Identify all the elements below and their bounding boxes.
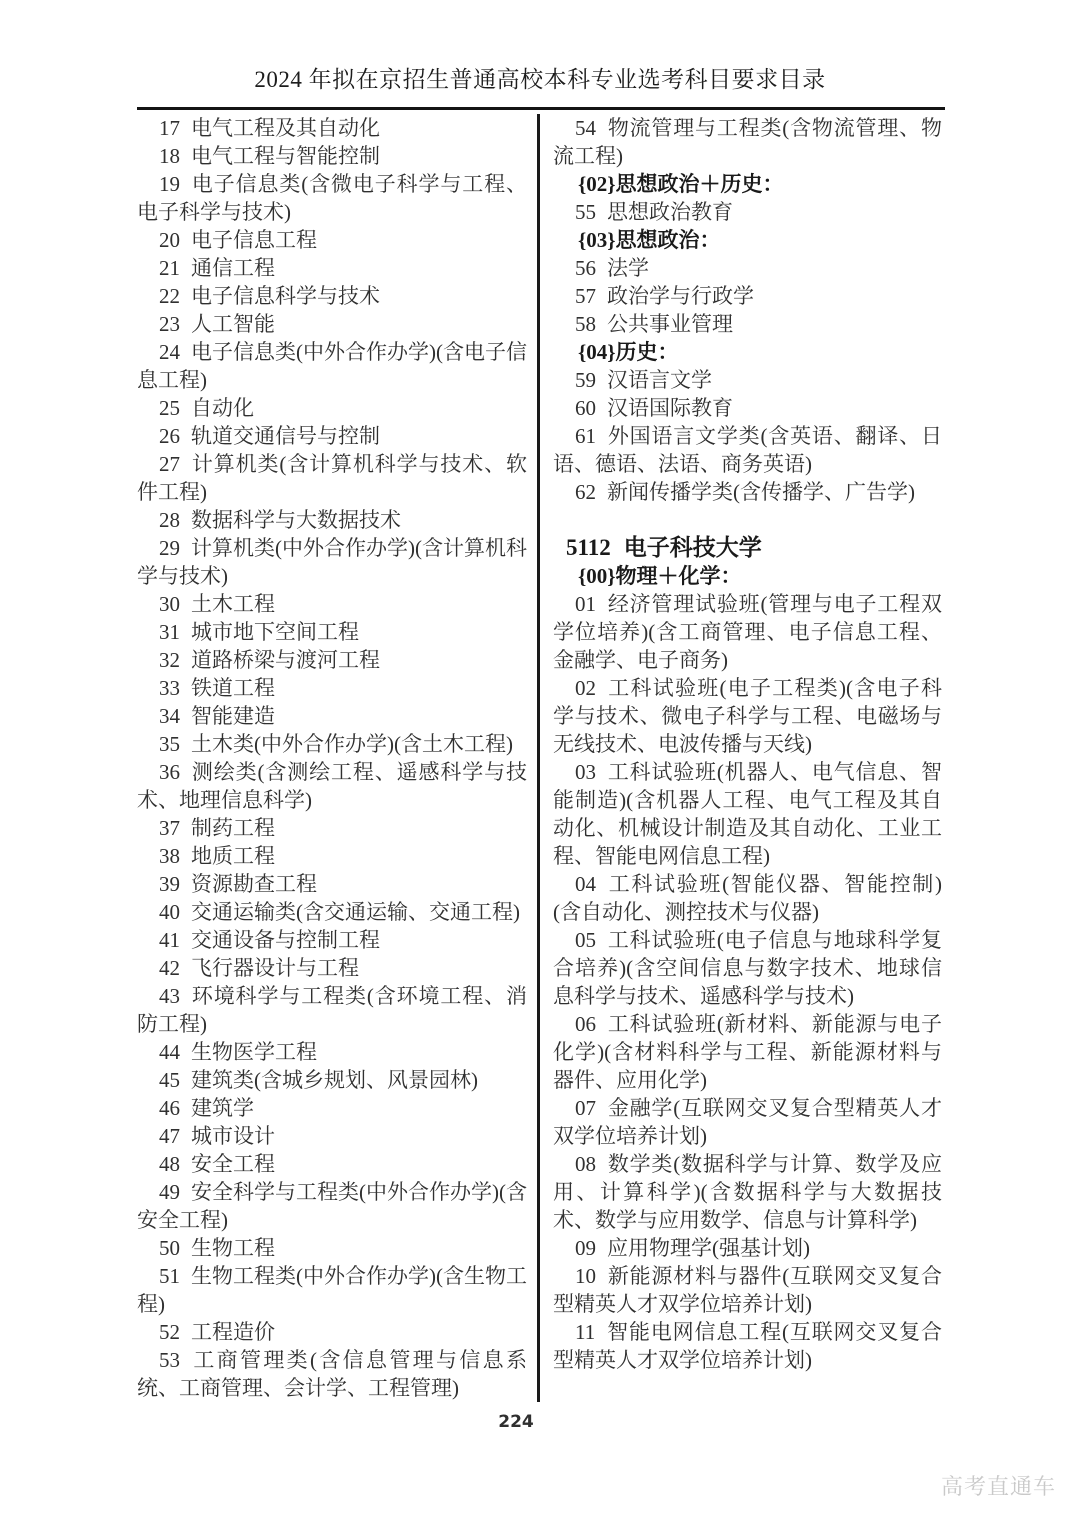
major-entry: 08数学类(数据科学与计算、数学及应用、计算科学)(含数据科学与大数据技术、数学… <box>553 1150 942 1234</box>
major-name: 自动化 <box>191 396 254 420</box>
major-number: 41 <box>159 928 191 952</box>
major-number: 38 <box>159 844 191 868</box>
subject-group-heading: {00}物理＋化学： <box>553 562 942 590</box>
major-name: 生物工程 <box>191 1236 275 1260</box>
school-name: 电子科技大学 <box>624 535 762 560</box>
header-rule <box>137 107 945 110</box>
major-number: 34 <box>159 704 191 728</box>
major-number: 52 <box>159 1320 191 1344</box>
major-entry: 46建筑学 <box>137 1094 527 1122</box>
major-entry: 30土木工程 <box>137 590 527 618</box>
major-entry: 47城市设计 <box>137 1122 527 1150</box>
major-entry: 57政治学与行政学 <box>553 282 942 310</box>
major-name: 智能建造 <box>191 704 275 728</box>
major-name: 公共事业管理 <box>607 312 733 336</box>
major-entry: 37制药工程 <box>137 814 527 842</box>
major-number: 54 <box>575 116 607 140</box>
major-name: 生物医学工程 <box>191 1040 317 1064</box>
major-number: 27 <box>159 452 191 476</box>
major-name: 制药工程 <box>191 816 275 840</box>
page-title: 2024 年拟在京招生普通高校本科专业选考科目要求目录 <box>0 64 1080 96</box>
major-name: 环境科学与工程类(含环境工程、消防工程) <box>137 984 527 1036</box>
major-name: 智能电网信息工程(互联网交叉复合型精英人才双学位培养计划) <box>553 1320 942 1372</box>
major-number: 53 <box>159 1348 191 1372</box>
major-entry: 42飞行器设计与工程 <box>137 954 527 982</box>
major-entry: 23人工智能 <box>137 310 527 338</box>
subject-group-heading: {02}思想政治＋历史： <box>553 170 942 198</box>
major-entry: 21通信工程 <box>137 254 527 282</box>
major-number: 46 <box>159 1096 191 1120</box>
major-name: 新能源材料与器件(互联网交叉复合型精英人才双学位培养计划) <box>553 1264 942 1316</box>
major-entry: 10新能源材料与器件(互联网交叉复合型精英人才双学位培养计划) <box>553 1262 942 1318</box>
major-name: 电子信息类(含微电子科学与工程、电子科学与技术) <box>137 172 527 224</box>
major-number: 11 <box>575 1320 606 1344</box>
page-number: 224 <box>486 1412 546 1432</box>
major-number: 24 <box>159 340 191 364</box>
major-name: 思想政治教育 <box>607 200 733 224</box>
major-number: 08 <box>575 1152 607 1176</box>
major-name: 工科试验班(电子信息与地球科学复合培养)(含空间信息与数字技术、地球信息科学与技… <box>553 928 942 1008</box>
major-entry: 52工程造价 <box>137 1318 527 1346</box>
major-entry: 45建筑类(含城乡规划、风景园林) <box>137 1066 527 1094</box>
major-entry: 62新闻传播学类(含传播学、广告学) <box>553 478 942 506</box>
major-entry: 35土木类(中外合作办学)(含土木工程) <box>137 730 527 758</box>
major-entry: 01经济管理试验班(管理与电子工程双学位培养)(含工商管理、电子信息工程、金融学… <box>553 590 942 674</box>
major-number: 17 <box>159 116 191 140</box>
major-entry: 40交通运输类(含交通运输、交通工程) <box>137 898 527 926</box>
catalog-columns: 17电气工程及其自动化18电气工程与智能控制19电子信息类(含微电子科学与工程、… <box>137 114 945 1402</box>
major-number: 33 <box>159 676 191 700</box>
major-entry: 11智能电网信息工程(互联网交叉复合型精英人才双学位培养计划) <box>553 1318 942 1374</box>
major-name: 应用物理学(强基计划) <box>607 1236 810 1260</box>
major-number: 51 <box>159 1264 191 1288</box>
major-name: 交通设备与控制工程 <box>191 928 380 952</box>
major-number: 42 <box>159 956 191 980</box>
major-name: 数学类(数据科学与计算、数学及应用、计算科学)(含数据科学与大数据技术、数学与应… <box>553 1152 942 1232</box>
major-number: 31 <box>159 620 191 644</box>
major-entry: 38地质工程 <box>137 842 527 870</box>
major-number: 28 <box>159 508 191 532</box>
major-number: 50 <box>159 1236 191 1260</box>
major-name: 通信工程 <box>191 256 275 280</box>
subject-group-heading: {03}思想政治： <box>553 226 942 254</box>
left-column: 17电气工程及其自动化18电气工程与智能控制19电子信息类(含微电子科学与工程、… <box>137 114 527 1402</box>
major-name: 资源勘查工程 <box>191 872 317 896</box>
school-heading: 5112电子科技大学 <box>553 534 942 562</box>
major-number: 49 <box>159 1180 191 1204</box>
major-number: 21 <box>159 256 191 280</box>
major-number: 39 <box>159 872 191 896</box>
major-entry: 58公共事业管理 <box>553 310 942 338</box>
major-entry: 41交通设备与控制工程 <box>137 926 527 954</box>
major-entry: 53工商管理类(含信息管理与信息系统、工商管理、会计学、工程管理) <box>137 1346 527 1402</box>
major-name: 建筑学 <box>191 1096 254 1120</box>
major-entry: 43环境科学与工程类(含环境工程、消防工程) <box>137 982 527 1038</box>
major-number: 44 <box>159 1040 191 1064</box>
major-name: 生物工程类(中外合作办学)(含生物工程) <box>137 1264 527 1316</box>
major-name: 交通运输类(含交通运输、交通工程) <box>191 900 520 924</box>
major-number: 04 <box>575 872 607 896</box>
major-number: 20 <box>159 228 191 252</box>
major-name: 工科试验班(智能仪器、智能控制)(含自动化、测控技术与仪器) <box>553 872 942 924</box>
major-name: 电子信息工程 <box>191 228 317 252</box>
major-number: 45 <box>159 1068 191 1092</box>
major-number: 09 <box>575 1236 607 1260</box>
major-entry: 49安全科学与工程类(中外合作办学)(含安全工程) <box>137 1178 527 1234</box>
major-name: 计算机类(含计算机科学与技术、软件工程) <box>137 452 527 504</box>
major-name: 汉语国际教育 <box>607 396 733 420</box>
major-name: 电子信息科学与技术 <box>191 284 380 308</box>
major-name: 电气工程及其自动化 <box>191 116 380 140</box>
major-number: 30 <box>159 592 191 616</box>
major-entry: 17电气工程及其自动化 <box>137 114 527 142</box>
major-name: 工科试验班(新材料、新能源与电子化学)(含材料科学与工程、新能源材料与器件、应用… <box>553 1012 942 1092</box>
major-number: 40 <box>159 900 191 924</box>
major-name: 人工智能 <box>191 312 275 336</box>
major-entry: 03工科试验班(机器人、电气信息、智能制造)(含机器人工程、电气工程及其自动化、… <box>553 758 942 870</box>
major-number: 29 <box>159 536 191 560</box>
major-entry: 25自动化 <box>137 394 527 422</box>
major-name: 政治学与行政学 <box>607 284 754 308</box>
major-number: 25 <box>159 396 191 420</box>
major-entry: 26轨道交通信号与控制 <box>137 422 527 450</box>
major-number: 47 <box>159 1124 191 1148</box>
section-spacer <box>553 506 942 534</box>
major-entry: 56法学 <box>553 254 942 282</box>
major-name: 轨道交通信号与控制 <box>191 424 380 448</box>
major-number: 56 <box>575 256 607 280</box>
major-number: 10 <box>575 1264 607 1288</box>
major-name: 飞行器设计与工程 <box>191 956 359 980</box>
major-number: 18 <box>159 144 191 168</box>
major-number: 62 <box>575 480 607 504</box>
major-name: 工科试验班(电子工程类)(含电子科学与技术、微电子科学与工程、电磁场与无线技术、… <box>553 676 942 756</box>
major-entry: 39资源勘查工程 <box>137 870 527 898</box>
subject-group-heading: {04}历史： <box>553 338 942 366</box>
major-entry: 60汉语国际教育 <box>553 394 942 422</box>
page-header: 2024 年拟在京招生普通高校本科专业选考科目要求目录 <box>0 0 1080 110</box>
major-number: 32 <box>159 648 191 672</box>
major-number: 37 <box>159 816 191 840</box>
major-number: 36 <box>159 760 191 784</box>
major-number: 58 <box>575 312 607 336</box>
major-entry: 54物流管理与工程类(含物流管理、物流工程) <box>553 114 942 170</box>
major-number: 05 <box>575 928 607 952</box>
major-number: 03 <box>575 760 607 784</box>
major-entry: 19电子信息类(含微电子科学与工程、电子科学与技术) <box>137 170 527 226</box>
major-number: 43 <box>159 984 191 1008</box>
major-name: 计算机类(中外合作办学)(含计算机科学与技术) <box>137 536 527 588</box>
major-entry: 02工科试验班(电子工程类)(含电子科学与技术、微电子科学与工程、电磁场与无线技… <box>553 674 942 758</box>
major-name: 汉语言文学 <box>607 368 712 392</box>
major-entry: 28数据科学与大数据技术 <box>137 506 527 534</box>
major-name: 安全工程 <box>191 1152 275 1176</box>
major-entry: 06工科试验班(新材料、新能源与电子化学)(含材料科学与工程、新能源材料与器件、… <box>553 1010 942 1094</box>
major-name: 经济管理试验班(管理与电子工程双学位培养)(含工商管理、电子信息工程、金融学、电… <box>553 592 942 672</box>
major-entry: 29计算机类(中外合作办学)(含计算机科学与技术) <box>137 534 527 590</box>
major-entry: 48安全工程 <box>137 1150 527 1178</box>
school-code: 5112 <box>566 535 624 560</box>
major-name: 道路桥梁与渡河工程 <box>191 648 380 672</box>
major-name: 新闻传播学类(含传播学、广告学) <box>607 480 915 504</box>
major-entry: 44生物医学工程 <box>137 1038 527 1066</box>
major-name: 测绘类(含测绘工程、遥感科学与技术、地理信息科学) <box>137 760 527 812</box>
major-number: 59 <box>575 368 607 392</box>
watermark: 高考直通车 <box>941 1470 1056 1501</box>
major-number: 61 <box>575 424 607 448</box>
major-entry: 31城市地下空间工程 <box>137 618 527 646</box>
major-entry: 61外国语言文学类(含英语、翻译、日语、德语、法语、商务英语) <box>553 422 942 478</box>
major-entry: 07金融学(互联网交叉复合型精英人才双学位培养计划) <box>553 1094 942 1150</box>
major-name: 物流管理与工程类(含物流管理、物流工程) <box>553 116 942 168</box>
major-name: 电子信息类(中外合作办学)(含电子信息工程) <box>137 340 527 392</box>
major-entry: 55思想政治教育 <box>553 198 942 226</box>
major-number: 48 <box>159 1152 191 1176</box>
major-number: 02 <box>575 676 607 700</box>
major-name: 工程造价 <box>191 1320 275 1344</box>
major-name: 土木工程 <box>191 592 275 616</box>
major-entry: 34智能建造 <box>137 702 527 730</box>
major-number: 57 <box>575 284 607 308</box>
major-name: 安全科学与工程类(中外合作办学)(含安全工程) <box>137 1180 527 1232</box>
major-name: 法学 <box>607 256 649 280</box>
major-name: 铁道工程 <box>191 676 275 700</box>
major-entry: 24电子信息类(中外合作办学)(含电子信息工程) <box>137 338 527 394</box>
major-number: 35 <box>159 732 191 756</box>
major-entry: 50生物工程 <box>137 1234 527 1262</box>
major-entry: 09应用物理学(强基计划) <box>553 1234 942 1262</box>
major-number: 22 <box>159 284 191 308</box>
major-name: 土木类(中外合作办学)(含土木工程) <box>191 732 513 756</box>
major-entry: 20电子信息工程 <box>137 226 527 254</box>
major-name: 外国语言文学类(含英语、翻译、日语、德语、法语、商务英语) <box>553 424 942 476</box>
major-entry: 59汉语言文学 <box>553 366 942 394</box>
major-name: 数据科学与大数据技术 <box>191 508 401 532</box>
major-entry: 04工科试验班(智能仪器、智能控制)(含自动化、测控技术与仪器) <box>553 870 942 926</box>
major-name: 电气工程与智能控制 <box>191 144 380 168</box>
column-divider <box>537 114 540 1402</box>
major-entry: 05工科试验班(电子信息与地球科学复合培养)(含空间信息与数字技术、地球信息科学… <box>553 926 942 1010</box>
major-entry: 51生物工程类(中外合作办学)(含生物工程) <box>137 1262 527 1318</box>
major-number: 01 <box>575 592 607 616</box>
major-entry: 32道路桥梁与渡河工程 <box>137 646 527 674</box>
major-name: 地质工程 <box>191 844 275 868</box>
major-number: 55 <box>575 200 607 224</box>
major-name: 工科试验班(机器人、电气信息、智能制造)(含机器人工程、电气工程及其自动化、机械… <box>553 760 942 868</box>
major-number: 06 <box>575 1012 607 1036</box>
major-number: 19 <box>159 172 191 196</box>
major-entry: 18电气工程与智能控制 <box>137 142 527 170</box>
major-name: 建筑类(含城乡规划、风景园林) <box>191 1068 478 1092</box>
major-number: 07 <box>575 1096 607 1120</box>
major-name: 工商管理类(含信息管理与信息系统、工商管理、会计学、工程管理) <box>137 1348 527 1400</box>
major-name: 城市设计 <box>191 1124 275 1148</box>
major-name: 金融学(互联网交叉复合型精英人才双学位培养计划) <box>553 1096 942 1148</box>
major-name: 城市地下空间工程 <box>191 620 359 644</box>
major-entry: 27计算机类(含计算机科学与技术、软件工程) <box>137 450 527 506</box>
major-entry: 36测绘类(含测绘工程、遥感科学与技术、地理信息科学) <box>137 758 527 814</box>
right-column: 54物流管理与工程类(含物流管理、物流工程){02}思想政治＋历史：55思想政治… <box>553 114 942 1402</box>
major-number: 23 <box>159 312 191 336</box>
major-number: 60 <box>575 396 607 420</box>
major-entry: 33铁道工程 <box>137 674 527 702</box>
major-entry: 22电子信息科学与技术 <box>137 282 527 310</box>
major-number: 26 <box>159 424 191 448</box>
